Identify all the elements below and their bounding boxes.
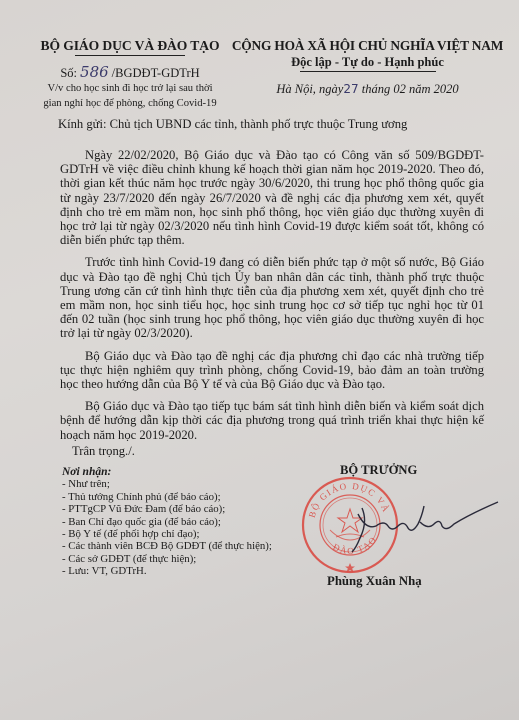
header-left: BỘ GIÁO DỤC VÀ ĐÀO TẠO Số:586/BGDĐT-GDTr… (30, 38, 230, 110)
subject-line-2: gian nghỉ học để phòng, chống Covid-19 (30, 98, 230, 111)
recipients-item: - Như trên; (62, 478, 272, 490)
recipients-item: - Thủ tướng Chính phủ (để báo cáo); (62, 491, 272, 503)
closing-salutation: Trân trọng./. (72, 444, 135, 459)
handwritten-signature-icon (350, 500, 500, 555)
header-right: CỘNG HOÀ XÃ HỘI CHỦ NGHĨA VIỆT NAM Độc l… (230, 38, 505, 97)
ministry-name: BỘ GIÁO DỤC VÀ ĐÀO TẠO (30, 38, 230, 54)
date-prefix: Hà Nội, ngày (276, 82, 343, 96)
ministry-underline (75, 55, 185, 56)
motto-underline (300, 71, 436, 72)
recipients-item: - Lưu: VT, GDTrH. (62, 565, 272, 577)
recipient-line: Kính gửi: Chủ tịch UBND các tỉnh, thành … (58, 117, 407, 132)
date-suffix: tháng 02 năm 2020 (359, 82, 459, 96)
letter-body: Ngày 22/02/2020, Bộ Giáo dục và Đào tạo … (60, 148, 484, 450)
subject-line-1: V/v cho học sinh đi học trở lại sau thời (30, 83, 230, 96)
republic-name: CỘNG HOÀ XÃ HỘI CHỦ NGHĨA VIỆT NAM (230, 38, 505, 54)
signer-name: Phùng Xuân Nhạ (327, 574, 422, 589)
recipients-item: - PTTgCP Vũ Đức Đam (để báo cáo); (62, 503, 272, 515)
body-paragraph-4: Bộ Giáo dục và Đào tạo tiếp tục bám sát … (60, 399, 484, 442)
document-date: Hà Nội, ngày27 tháng 02 năm 2020 (230, 82, 505, 97)
body-paragraph-1: Ngày 22/02/2020, Bộ Giáo dục và Đào tạo … (60, 148, 484, 247)
date-day-handwritten: 27 (343, 82, 358, 96)
document-number: Số:586/BGDĐT-GDTrH (30, 63, 230, 81)
doc-number-handwritten: 586 (80, 63, 109, 81)
document-page: BỘ GIÁO DỤC VÀ ĐÀO TẠO Số:586/BGDĐT-GDTr… (0, 0, 519, 720)
doc-number-suffix: /BGDĐT-GDTrH (112, 66, 200, 80)
recipients-item: - Các sở GDĐT (để thực hiện); (62, 553, 272, 565)
body-paragraph-3: Bộ Giáo dục và Đào tạo đề nghị các địa p… (60, 349, 484, 392)
recipients-list: Nơi nhận: - Như trên; - Thủ tướng Chính … (62, 466, 272, 578)
recipients-item: - Bộ Y tế (để phối hợp chỉ đạo); (62, 528, 272, 540)
body-paragraph-2: Trước tình hình Covid-19 đang có diễn bi… (60, 255, 484, 340)
national-motto: Độc lập - Tự do - Hạnh phúc (230, 55, 505, 70)
recipients-item: - Ban Chỉ đạo quốc gia (để báo cáo); (62, 516, 272, 528)
recipients-title: Nơi nhận: (62, 466, 272, 478)
recipients-item: - Các thành viên BCĐ Bộ GDĐT (để thực hi… (62, 540, 272, 552)
doc-number-prefix: Số: (60, 66, 77, 80)
